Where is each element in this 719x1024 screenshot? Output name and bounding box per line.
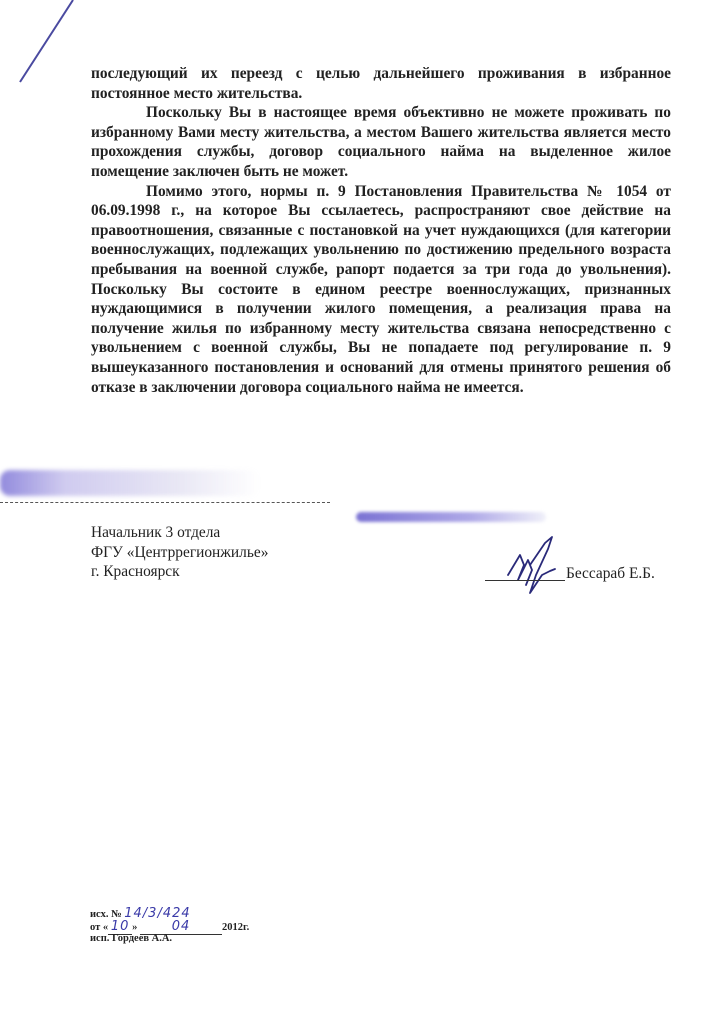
date-prefix: от « (90, 922, 108, 933)
signatory-position: Начальник 3 отдела (91, 523, 268, 543)
signer-name: Бессараб Е.Б. (566, 565, 655, 583)
signatory-block: Начальник 3 отдела ФГУ «Центррегионжилье… (91, 523, 268, 582)
signature-line (485, 580, 565, 581)
handwritten-signature-icon (490, 535, 575, 597)
signatory-city: г. Красноярск (91, 562, 268, 582)
signatory-organization: ФГУ «Центррегионжилье» (91, 543, 268, 563)
paragraph-1: последующий их переезд с целью дальнейше… (91, 64, 671, 103)
divider-line (0, 502, 330, 503)
date-month: 04 (172, 919, 191, 934)
outgoing-registration: исх. № 14/3/424 от «10» 042012г. исп. Го… (90, 908, 249, 946)
date-day: 10 (111, 919, 130, 934)
paragraph-3: Помимо этого, нормы п. 9 Постановления П… (91, 182, 671, 398)
date-day-suffix: » (132, 922, 137, 933)
stamp-smudge-right (356, 512, 546, 522)
executor: исп. Гордеев А.А. (90, 933, 172, 944)
date-year: 2012г. (222, 922, 249, 933)
stamp-smudge-left (0, 470, 260, 496)
paragraph-2: Поскольку Вы в настоящее время объективн… (91, 103, 671, 181)
letter-body: последующий их переезд с целью дальнейше… (91, 64, 671, 397)
